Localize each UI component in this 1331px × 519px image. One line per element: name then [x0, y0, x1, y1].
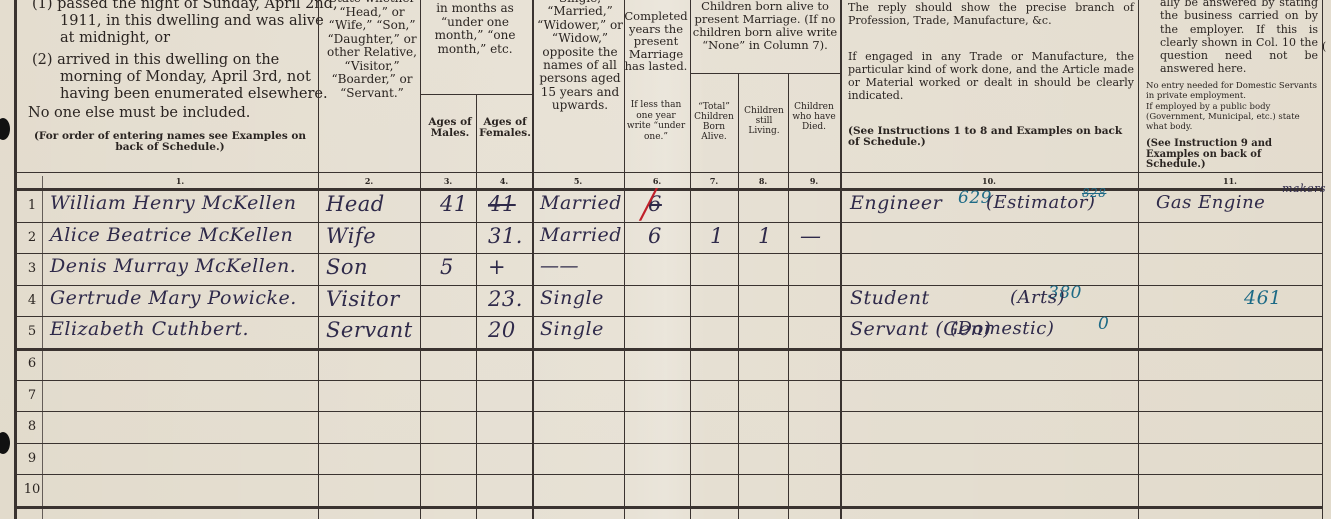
col1-instruction-1: (1) passed the night of Sunday, April 2n…	[32, 0, 342, 47]
column-number: 7.	[690, 176, 738, 186]
row-number: 6	[22, 356, 42, 371]
punch-hole	[0, 432, 10, 454]
row-number: 4	[22, 293, 42, 308]
row-number: 2	[22, 230, 42, 245]
occupation-detail: (Estimator)	[986, 192, 1095, 213]
occupation-code: 0	[1098, 314, 1109, 334]
relation-to-head: Son	[326, 255, 368, 279]
col1-note: No one else must be included.	[28, 106, 308, 120]
punch-hole	[0, 118, 10, 140]
column-number: 10.	[840, 176, 1138, 186]
row-line	[16, 443, 1322, 444]
row-line	[16, 316, 1322, 317]
row-line	[16, 411, 1322, 412]
row-line	[16, 348, 1322, 351]
row-line	[16, 506, 1322, 509]
occupation: Engineer	[850, 192, 942, 214]
col11-p4: (See Instruction 9 and Examples on back …	[1146, 139, 1318, 171]
age-female: 23.	[488, 287, 523, 311]
red-correction-mark: ╱	[640, 188, 657, 221]
person-name: Denis Murray McKellen.	[50, 255, 296, 277]
col1-footnote: (For order of entering names see Example…	[24, 131, 316, 153]
column-separator	[318, 0, 319, 519]
occupation-detail: (Domestic)	[950, 318, 1054, 339]
age-female: 20	[488, 318, 516, 342]
header-col2: State whether “Head,” or “Wife,” “Son,” …	[324, 0, 420, 100]
marital-condition: Single	[540, 318, 604, 340]
row-number: 9	[22, 451, 42, 466]
header-col9: Children who have Died.	[790, 102, 838, 132]
col10-p2: If engaged in any Trade or Manufacture, …	[848, 50, 1134, 102]
row-number: 1	[22, 198, 42, 213]
column-separator	[1322, 0, 1323, 519]
census-schedule-sheet: (1) passed the night of Sunday, April 2n…	[0, 0, 1331, 519]
col10-p3: (See Instructions 1 to 8 and Examples on…	[848, 126, 1134, 148]
col11-p1: ally be answered by stating the business…	[1160, 0, 1318, 76]
years-married: 6	[648, 224, 662, 248]
industry-code: 461	[1244, 287, 1282, 309]
occupation-detail: (Arts)	[1010, 287, 1065, 308]
column-separator	[476, 94, 477, 519]
age-male: 41	[440, 192, 468, 216]
header-col5: Single, “Married,” “Widower,” or “Widow,…	[536, 0, 624, 113]
column-number: 9.	[788, 176, 840, 186]
row-number: 3	[22, 261, 42, 276]
relation-to-head: Head	[326, 192, 385, 216]
relation-to-head: Visitor	[326, 287, 400, 311]
row-line	[16, 253, 1322, 254]
header-col7: “Total” Children Born Alive.	[690, 102, 738, 142]
col11-p3: If employed by a public body (Government…	[1146, 102, 1318, 132]
column-number: 4.	[476, 176, 532, 186]
column-number: 8.	[738, 176, 788, 186]
column-number: 2.	[318, 176, 420, 186]
left-border	[14, 0, 17, 519]
col11-p2: No entry needed for Domestic Servants in…	[1146, 81, 1318, 101]
marital-condition: Married	[540, 192, 622, 214]
row-number: 10	[22, 482, 42, 497]
header-col6-sub: If less than one year write “under one.”	[624, 100, 688, 142]
children-born-alive: 1	[710, 224, 724, 248]
column-separator	[420, 0, 421, 519]
column-separator	[788, 74, 789, 519]
row-number: 5	[22, 324, 42, 339]
column-separator	[532, 0, 534, 519]
marital-condition: Single	[540, 287, 604, 309]
column-separator	[624, 0, 625, 519]
col1-instruction-2: (2) arrived in this dwelling on the morn…	[32, 52, 342, 103]
row-line	[16, 380, 1322, 381]
person-name: Gertrude Mary Powicke.	[50, 287, 297, 309]
header-col8: Children still Living.	[740, 106, 788, 136]
header-col3-4: in months as “under one month,” “one mon…	[420, 2, 530, 56]
column-number: 1.	[42, 176, 318, 186]
age-female: 41	[488, 192, 516, 216]
column-separator	[840, 0, 842, 519]
occupation: Student	[850, 287, 930, 309]
subheader-line	[690, 73, 840, 74]
subheader-line	[420, 94, 532, 95]
row-number: 7	[22, 388, 42, 403]
header-ages-males: Ages of Males.	[424, 117, 476, 138]
col10-p1: The reply should show the precise branch…	[848, 1, 1134, 27]
struck-code: 828	[1082, 186, 1106, 200]
person-name: Elizabeth Cuthbert.	[50, 318, 249, 340]
header-col7-9: Children born alive to present Marriage.…	[690, 0, 840, 52]
column-separator	[1138, 0, 1139, 519]
colnum-bottom-line	[16, 188, 1322, 191]
margin-fragment: (	[1322, 40, 1331, 54]
row-number: 8	[22, 419, 42, 434]
age-female: 31.	[488, 224, 523, 248]
age-male: 5	[440, 255, 454, 279]
person-name: Alice Beatrice McKellen	[50, 224, 293, 246]
relation-to-head: Servant	[326, 318, 413, 342]
column-separator	[690, 0, 691, 519]
column-number: 5.	[532, 176, 624, 186]
age-female: +	[488, 255, 506, 279]
relation-to-head: Wife	[326, 224, 376, 248]
employer-industry: Gas Engine	[1156, 192, 1265, 213]
children-living: 1	[758, 224, 772, 248]
children-died: —	[800, 224, 822, 248]
header-col6: Completed years the present Marriage has…	[624, 10, 688, 73]
person-name: William Henry McKellen	[50, 192, 296, 214]
marital-condition: Married	[540, 224, 622, 246]
column-separator	[738, 74, 739, 519]
header-ages-females: Ages of Females.	[478, 117, 532, 138]
industry-note: makers	[1282, 182, 1326, 195]
column-number: 6.	[624, 176, 690, 186]
column-number: 3.	[420, 176, 476, 186]
marital-condition: ——	[540, 255, 579, 277]
row-line	[16, 474, 1322, 475]
header-bottom-line	[16, 172, 1322, 173]
